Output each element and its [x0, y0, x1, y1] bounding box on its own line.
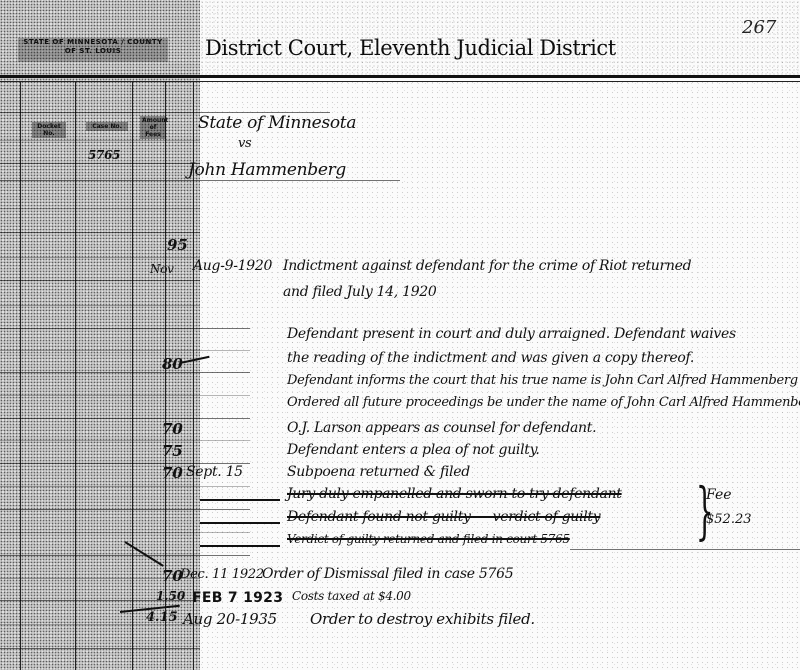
ledger-line [0, 305, 200, 306]
ledger-line [0, 648, 200, 649]
court-badge: STATE OF MINNESOTA / COUNTY OF ST. LOUIS [18, 38, 168, 62]
entry-text-struck: Verdict of guilty returned and filed in … [287, 532, 570, 546]
entry-text: Ordered all future proceedings be under … [287, 395, 800, 410]
entry-text-continuation: and filed July 14, 1920 [283, 284, 437, 300]
strike-line [200, 522, 280, 524]
fee-amount: 70 [162, 464, 183, 482]
entry-date: Sept. 15 [186, 464, 243, 480]
fee-bracket-amount: $52.23 [706, 512, 752, 527]
fee-amount: 70 [162, 420, 183, 438]
entry-text-struck: Jury duly empanelled and sworn to try de… [287, 486, 622, 502]
ledger-line [570, 549, 800, 550]
entry-text-struck: Defendant found not guilty — verdict of … [287, 509, 600, 525]
ledger-line [0, 440, 250, 441]
entry-text: Indictment against defendant for the cri… [283, 258, 691, 274]
entry-text: Defendant informs the court that his tru… [287, 373, 798, 388]
entry-date: Dec. 11 1922 [180, 567, 264, 582]
ledger-line [0, 257, 200, 258]
page-title: District Court, Eleventh Judicial Distri… [205, 36, 616, 60]
entry-text: Costs taxed at $4.00 [292, 589, 411, 603]
entry-text: Subpoena returned & filed [287, 464, 470, 480]
ledger-line [0, 486, 250, 487]
entry-text: Order of Dismissal filed in case 5765 [262, 566, 513, 582]
entry-margin: Nov [150, 262, 174, 276]
header-rule-thin [0, 81, 800, 82]
column-header-case: Case No. [86, 122, 128, 131]
entry-text: Defendant present in court and duly arra… [287, 326, 736, 342]
entry-text: O.J. Larson appears as counsel for defen… [287, 420, 596, 436]
ledger-line [0, 140, 200, 141]
column-rule [132, 82, 133, 670]
entry-text: Defendant enters a plea of not guilty. [287, 442, 540, 458]
versus: vs [238, 136, 251, 151]
fee-bracket-label: Fee [706, 487, 732, 503]
defendant: John Hammenberg [188, 160, 346, 180]
date-stamp: FEB 7 1923 [192, 590, 283, 606]
plaintiff: State of Minnesota [198, 113, 356, 133]
column-rule [75, 82, 76, 670]
fee-amount: 1.50 [156, 589, 185, 603]
strike-line [200, 545, 280, 547]
ledger-line [0, 208, 200, 209]
ledger-line [0, 555, 250, 556]
ledger-line [0, 328, 250, 329]
strike-line [200, 499, 280, 501]
fee-amount: 95 [167, 236, 188, 254]
ledger-line [0, 395, 250, 396]
fee-amount: 75 [162, 442, 183, 460]
case-number: 5765 [88, 148, 120, 162]
ledger-line [0, 280, 200, 281]
ledger-line [0, 180, 400, 181]
ledger-line [0, 509, 250, 510]
column-header-docket: Docket No. [32, 122, 66, 138]
ledger-line [0, 372, 250, 373]
docket-page: STATE OF MINNESOTA / COUNTY OF ST. LOUIS… [0, 0, 800, 670]
ledger-line [0, 532, 250, 533]
entry-date: Aug-9-1920 [193, 258, 272, 274]
header-rule [0, 75, 800, 78]
fee-amount: 4.15 [146, 610, 178, 625]
column-header-fees: Amount of Fees [140, 116, 166, 139]
column-rule [20, 82, 21, 670]
entry-date: Aug 20-1935 [183, 610, 277, 628]
ledger-line [0, 350, 250, 351]
entry-text: the reading of the indictment and was gi… [287, 350, 694, 366]
ledger-line [0, 163, 200, 164]
ledger-line [0, 232, 200, 233]
entry-text: Order to destroy exhibits filed. [310, 610, 535, 628]
ledger-line [0, 418, 250, 419]
page-number: 267 [742, 17, 776, 38]
